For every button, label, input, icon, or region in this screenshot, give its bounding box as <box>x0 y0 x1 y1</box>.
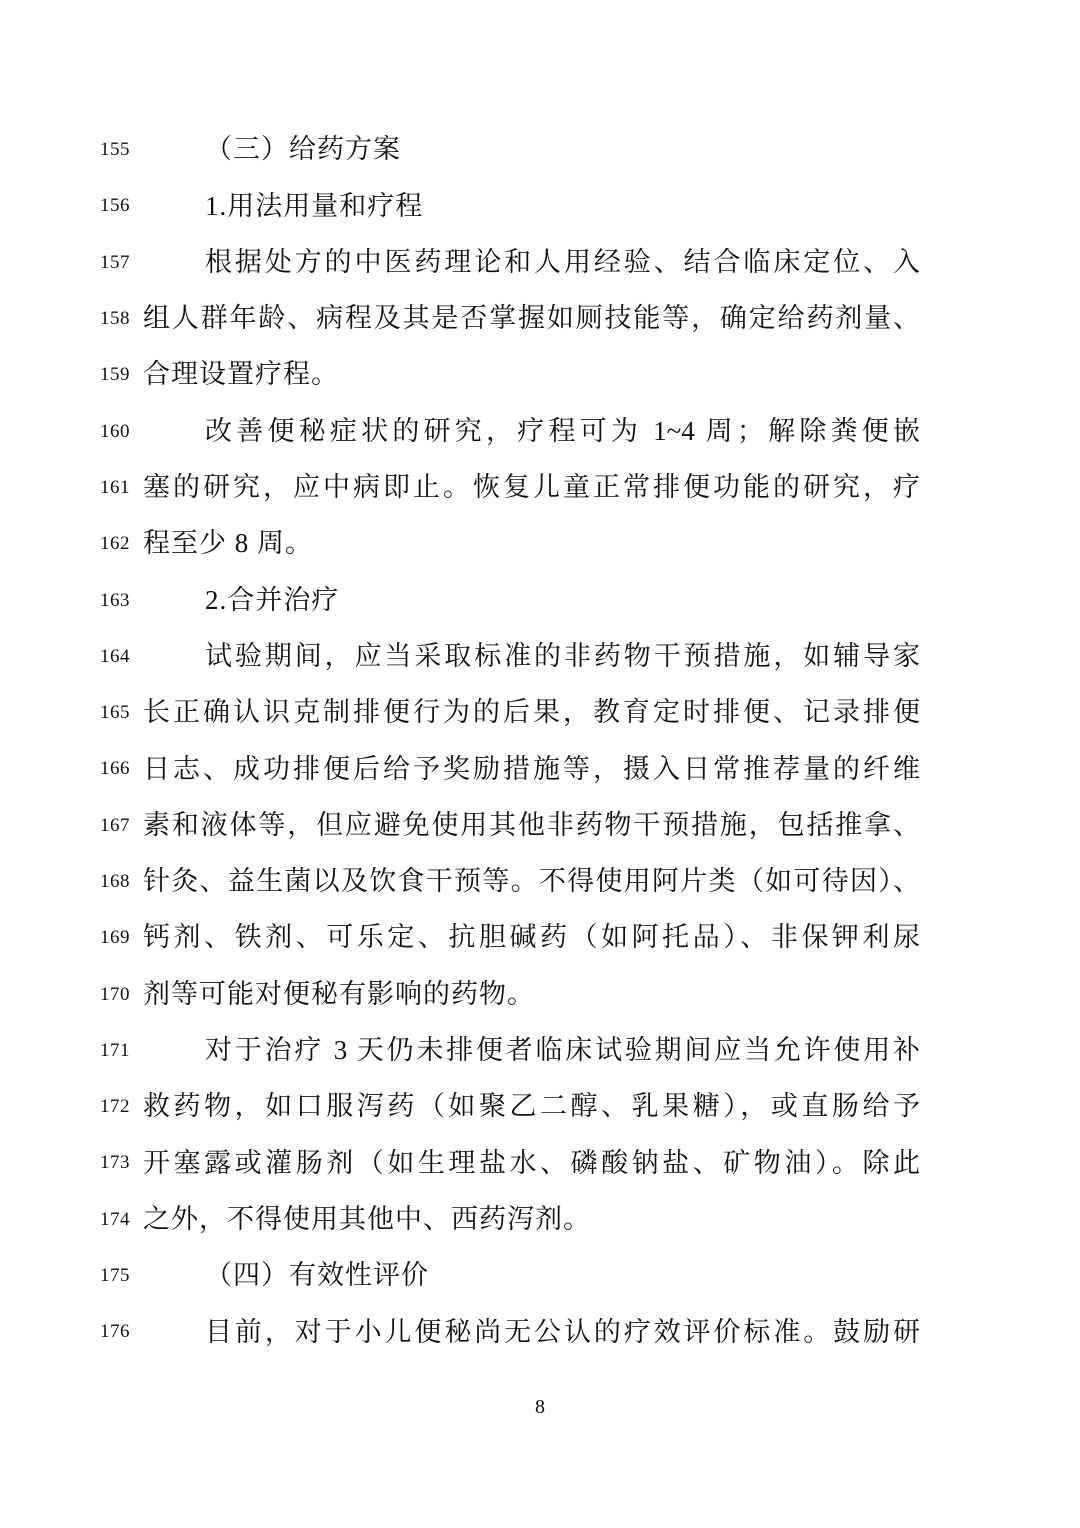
document-page: 155 （三）给药方案 156 1.用法用量和疗程 157 根据处方的中医药理论… <box>0 0 1080 1528</box>
text-line: 155 （三）给药方案 <box>0 122 1080 178</box>
line-number: 169 <box>100 927 143 949</box>
text-line: 156 1.用法用量和疗程 <box>0 178 1080 234</box>
text-line: 172 救药物，如口服泻药（如聚乙二醇、乳果糖），或直肠给予 <box>0 1079 1080 1135</box>
line-number: 161 <box>100 477 143 499</box>
text-line: 176 目前，对于小儿便秘尚无公认的疗效评价标准。鼓励研 <box>0 1304 1080 1360</box>
text-line: 173 开塞露或灌肠剂（如生理盐水、磷酸钠盐、矿物油）。除此 <box>0 1135 1080 1191</box>
line-text: 改善便秘症状的研究，疗程可为 1~4 周；解除粪便嵌 <box>143 415 920 449</box>
line-number: 164 <box>100 646 143 668</box>
line-number: 174 <box>100 1209 143 1231</box>
text-line: 170 剂等可能对便秘有影响的药物。 <box>0 966 1080 1022</box>
line-text: 日志、成功排便后给予奖励措施等，摄入日常推荐量的纤维 <box>143 753 920 787</box>
line-number: 176 <box>100 1321 143 1343</box>
text-line: 164 试验期间，应当采取标准的非药物干预措施，如辅导家 <box>0 629 1080 685</box>
line-text: （四）有效性评价 <box>143 1259 920 1293</box>
line-number: 155 <box>100 139 143 161</box>
line-text: 对于治疗 3 天仍未排便者临床试验期间应当允许使用补 <box>143 1034 920 1068</box>
line-number: 168 <box>100 871 143 893</box>
line-text: 针灸、益生菌以及饮食干预等。不得使用阿片类（如可待因）、 <box>143 865 920 899</box>
line-number: 170 <box>100 984 143 1006</box>
line-number: 159 <box>100 364 143 386</box>
line-text: 1.用法用量和疗程 <box>143 190 920 224</box>
line-text: 试验期间，应当采取标准的非药物干预措施，如辅导家 <box>143 640 920 674</box>
text-line: 162 程至少 8 周。 <box>0 516 1080 572</box>
line-number: 160 <box>100 421 143 443</box>
text-line: 165 长正确认识克制排便行为的后果，教育定时排便、记录排便 <box>0 685 1080 741</box>
line-text: 程至少 8 周。 <box>143 527 920 561</box>
line-number: 158 <box>100 308 143 330</box>
line-text: 塞的研究，应中病即止。恢复儿童正常排便功能的研究，疗 <box>143 471 920 505</box>
text-line: 171 对于治疗 3 天仍未排便者临床试验期间应当允许使用补 <box>0 1023 1080 1079</box>
text-line: 168 针灸、益生菌以及饮食干预等。不得使用阿片类（如可待因）、 <box>0 854 1080 910</box>
text-line: 167 素和液体等，但应避免使用其他非药物干预措施，包括推拿、 <box>0 798 1080 854</box>
text-line: 169 钙剂、铁剂、可乐定、抗胆碱药（如阿托品）、非保钾利尿 <box>0 910 1080 966</box>
line-number: 165 <box>100 702 143 724</box>
line-number: 157 <box>100 252 143 274</box>
text-line: 159 合理设置疗程。 <box>0 347 1080 403</box>
text-line: 160 改善便秘症状的研究，疗程可为 1~4 周；解除粪便嵌 <box>0 403 1080 459</box>
line-text: 钙剂、铁剂、可乐定、抗胆碱药（如阿托品）、非保钾利尿 <box>143 921 920 955</box>
line-text: 组人群年龄、病程及其是否掌握如厕技能等，确定给药剂量、 <box>143 302 920 336</box>
line-text: 长正确认识克制排便行为的后果，教育定时排便、记录排便 <box>143 696 920 730</box>
line-number: 162 <box>100 533 143 555</box>
line-number: 172 <box>100 1096 143 1118</box>
text-line: 174 之外，不得使用其他中、西药泻剂。 <box>0 1192 1080 1248</box>
line-number: 173 <box>100 1152 143 1174</box>
line-number: 163 <box>100 590 143 612</box>
text-line: 166 日志、成功排便后给予奖励措施等，摄入日常推荐量的纤维 <box>0 741 1080 797</box>
line-text: （三）给药方案 <box>143 133 920 167</box>
line-text: 2.合并治疗 <box>143 584 920 618</box>
line-text: 目前，对于小儿便秘尚无公认的疗效评价标准。鼓励研 <box>143 1316 920 1350</box>
line-text: 救药物，如口服泻药（如聚乙二醇、乳果糖），或直肠给予 <box>143 1090 920 1124</box>
document-body: 155 （三）给药方案 156 1.用法用量和疗程 157 根据处方的中医药理论… <box>0 122 1080 1361</box>
line-number: 171 <box>100 1040 143 1062</box>
text-line: 161 塞的研究，应中病即止。恢复儿童正常排便功能的研究，疗 <box>0 460 1080 516</box>
line-text: 之外，不得使用其他中、西药泻剂。 <box>143 1203 920 1237</box>
line-text: 根据处方的中医药理论和人用经验、结合临床定位、入 <box>143 246 920 280</box>
text-line: 158 组人群年龄、病程及其是否掌握如厕技能等，确定给药剂量、 <box>0 291 1080 347</box>
text-line: 157 根据处方的中医药理论和人用经验、结合临床定位、入 <box>0 235 1080 291</box>
text-line: 175 （四）有效性评价 <box>0 1248 1080 1304</box>
line-number: 166 <box>100 758 143 780</box>
line-text: 剂等可能对便秘有影响的药物。 <box>143 978 920 1012</box>
line-text: 合理设置疗程。 <box>143 358 920 392</box>
line-text: 素和液体等，但应避免使用其他非药物干预措施，包括推拿、 <box>143 809 920 843</box>
line-number: 167 <box>100 815 143 837</box>
line-number: 156 <box>100 195 143 217</box>
line-number: 175 <box>100 1265 143 1287</box>
line-text: 开塞露或灌肠剂（如生理盐水、磷酸钠盐、矿物油）。除此 <box>143 1147 920 1181</box>
page-number: 8 <box>0 1396 1080 1419</box>
text-line: 163 2.合并治疗 <box>0 572 1080 628</box>
